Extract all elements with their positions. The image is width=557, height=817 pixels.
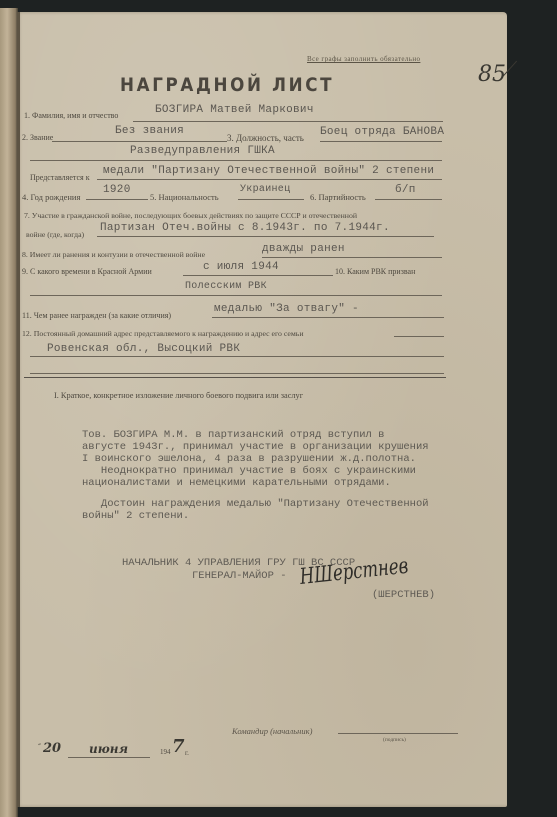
field-5-value: Украинец <box>240 184 290 195</box>
date-day: 20 <box>43 741 61 756</box>
signatory-rank: ГЕНЕРАЛ-МАЙОР - <box>192 570 287 582</box>
signatory-name: (ШЕРСТНЕВ) <box>372 589 435 601</box>
commander-label: Командир (начальник) <box>232 726 312 736</box>
field-4-label: 4. Год рождения <box>22 192 80 202</box>
merit-text-line-3: I воинского эшелона, 4 раза в разрушении… <box>82 453 416 466</box>
merit-text-line-5: националистами и немецкими карательными … <box>82 477 391 490</box>
field-5-label: 5. Национальность <box>150 192 219 202</box>
merit-text-line-6: Достоин награждения медалью "Партизану О… <box>82 498 429 511</box>
field-7-label-line-2: войне (где, когда) <box>26 230 84 239</box>
field-7-line <box>97 236 434 237</box>
merit-text-line-2: августе 1943г., принимал участие в орган… <box>82 441 429 454</box>
field-9-label: 9. С какого времени в Красной Армии <box>22 267 152 276</box>
field-9-line <box>183 275 333 276</box>
field-2-label: 2. Звание <box>22 133 53 142</box>
field-12-line-b <box>30 356 444 357</box>
merit-text-line-7: войны" 2 степени. <box>82 510 189 523</box>
field-2-line <box>52 141 227 142</box>
field-1-value: БОЗГИРА Матвей Маркович <box>155 104 314 116</box>
date-month-line <box>68 757 150 758</box>
field-1-line <box>133 121 443 122</box>
field-6-value: б/п <box>395 184 416 196</box>
field-11-line <box>212 317 444 318</box>
field-7-value: Партизан Отеч.войны с 8.1943г. по 7.1944… <box>100 222 390 234</box>
field-12-line-c <box>30 373 444 374</box>
field-5-line <box>238 199 304 200</box>
field-3-value-continued: Разведуправления ГШКА <box>130 145 275 157</box>
document-title: НАГРАДНОЙ ЛИСТ <box>120 74 334 96</box>
field-11-value: медалью "За отвагу" - <box>214 303 359 315</box>
field-10-line <box>30 295 442 296</box>
nominated-value: медали "Партизану Отечественной войны" 2… <box>103 165 434 177</box>
date-month: июня <box>89 742 128 756</box>
field-7-label-line-1: 7. Участие в гражданской войне, последую… <box>24 211 357 220</box>
date-open-quote: „ <box>38 739 41 746</box>
field-4-value: 1920 <box>103 184 131 196</box>
field-3-label: 3. Должность, часть <box>227 133 304 143</box>
field-11-label: 11. Чем ранее награжден (за какие отличи… <box>22 311 171 320</box>
field-8-value: дважды ранен <box>262 243 345 255</box>
field-1-label: 1. Фамилия, имя и отчество <box>24 111 118 120</box>
date-suffix: г. <box>185 749 189 757</box>
field-6-label: 6. Партийность <box>310 192 366 202</box>
field-10-label: 10. Каким РВК призван <box>335 267 415 276</box>
field-12-label: 12. Постоянный домашний адрес представля… <box>22 329 304 338</box>
merit-text-line-1: Тов. БОЗГИРА М.М. в партизанский отряд в… <box>82 429 384 442</box>
section-heading: I. Краткое, конкретное изложение личного… <box>54 391 303 400</box>
field-8-label: 8. Имеет ли ранения и контузии в отечест… <box>22 250 205 259</box>
nominated-label: Представляется к <box>30 173 90 182</box>
date-year-prefix: 194 <box>160 748 171 756</box>
field-9-value: с июля 1944 <box>203 261 279 273</box>
field-3-line <box>320 141 442 142</box>
fill-all-fields-note: Все графы заполнить обязательно <box>307 55 420 63</box>
field-12-line-a <box>394 336 444 337</box>
nominated-line <box>97 179 442 180</box>
field-12-value: Ровенская обл., Высоцкий РВК <box>47 343 240 355</box>
field-4-line <box>86 199 148 200</box>
archive-page-number: 85 <box>478 62 506 87</box>
field-10-value: Полесским РВК <box>185 281 267 292</box>
field-6-line <box>375 199 442 200</box>
field-8-line <box>262 257 442 258</box>
merit-text-line-4: Неоднократно принимал участие в боях с у… <box>82 465 416 478</box>
signature-caption: (подпись) <box>383 737 406 743</box>
book-binding <box>0 8 18 817</box>
field-2-value: Без звания <box>115 125 184 137</box>
commander-signature-line <box>338 733 458 734</box>
field-3-value: Боец отряда БАНОВА <box>320 126 444 138</box>
page-fold-shadow <box>17 12 20 807</box>
date-year-digit: 7 <box>172 736 185 757</box>
section-divider <box>24 377 446 378</box>
field-3-line-2 <box>30 160 442 161</box>
